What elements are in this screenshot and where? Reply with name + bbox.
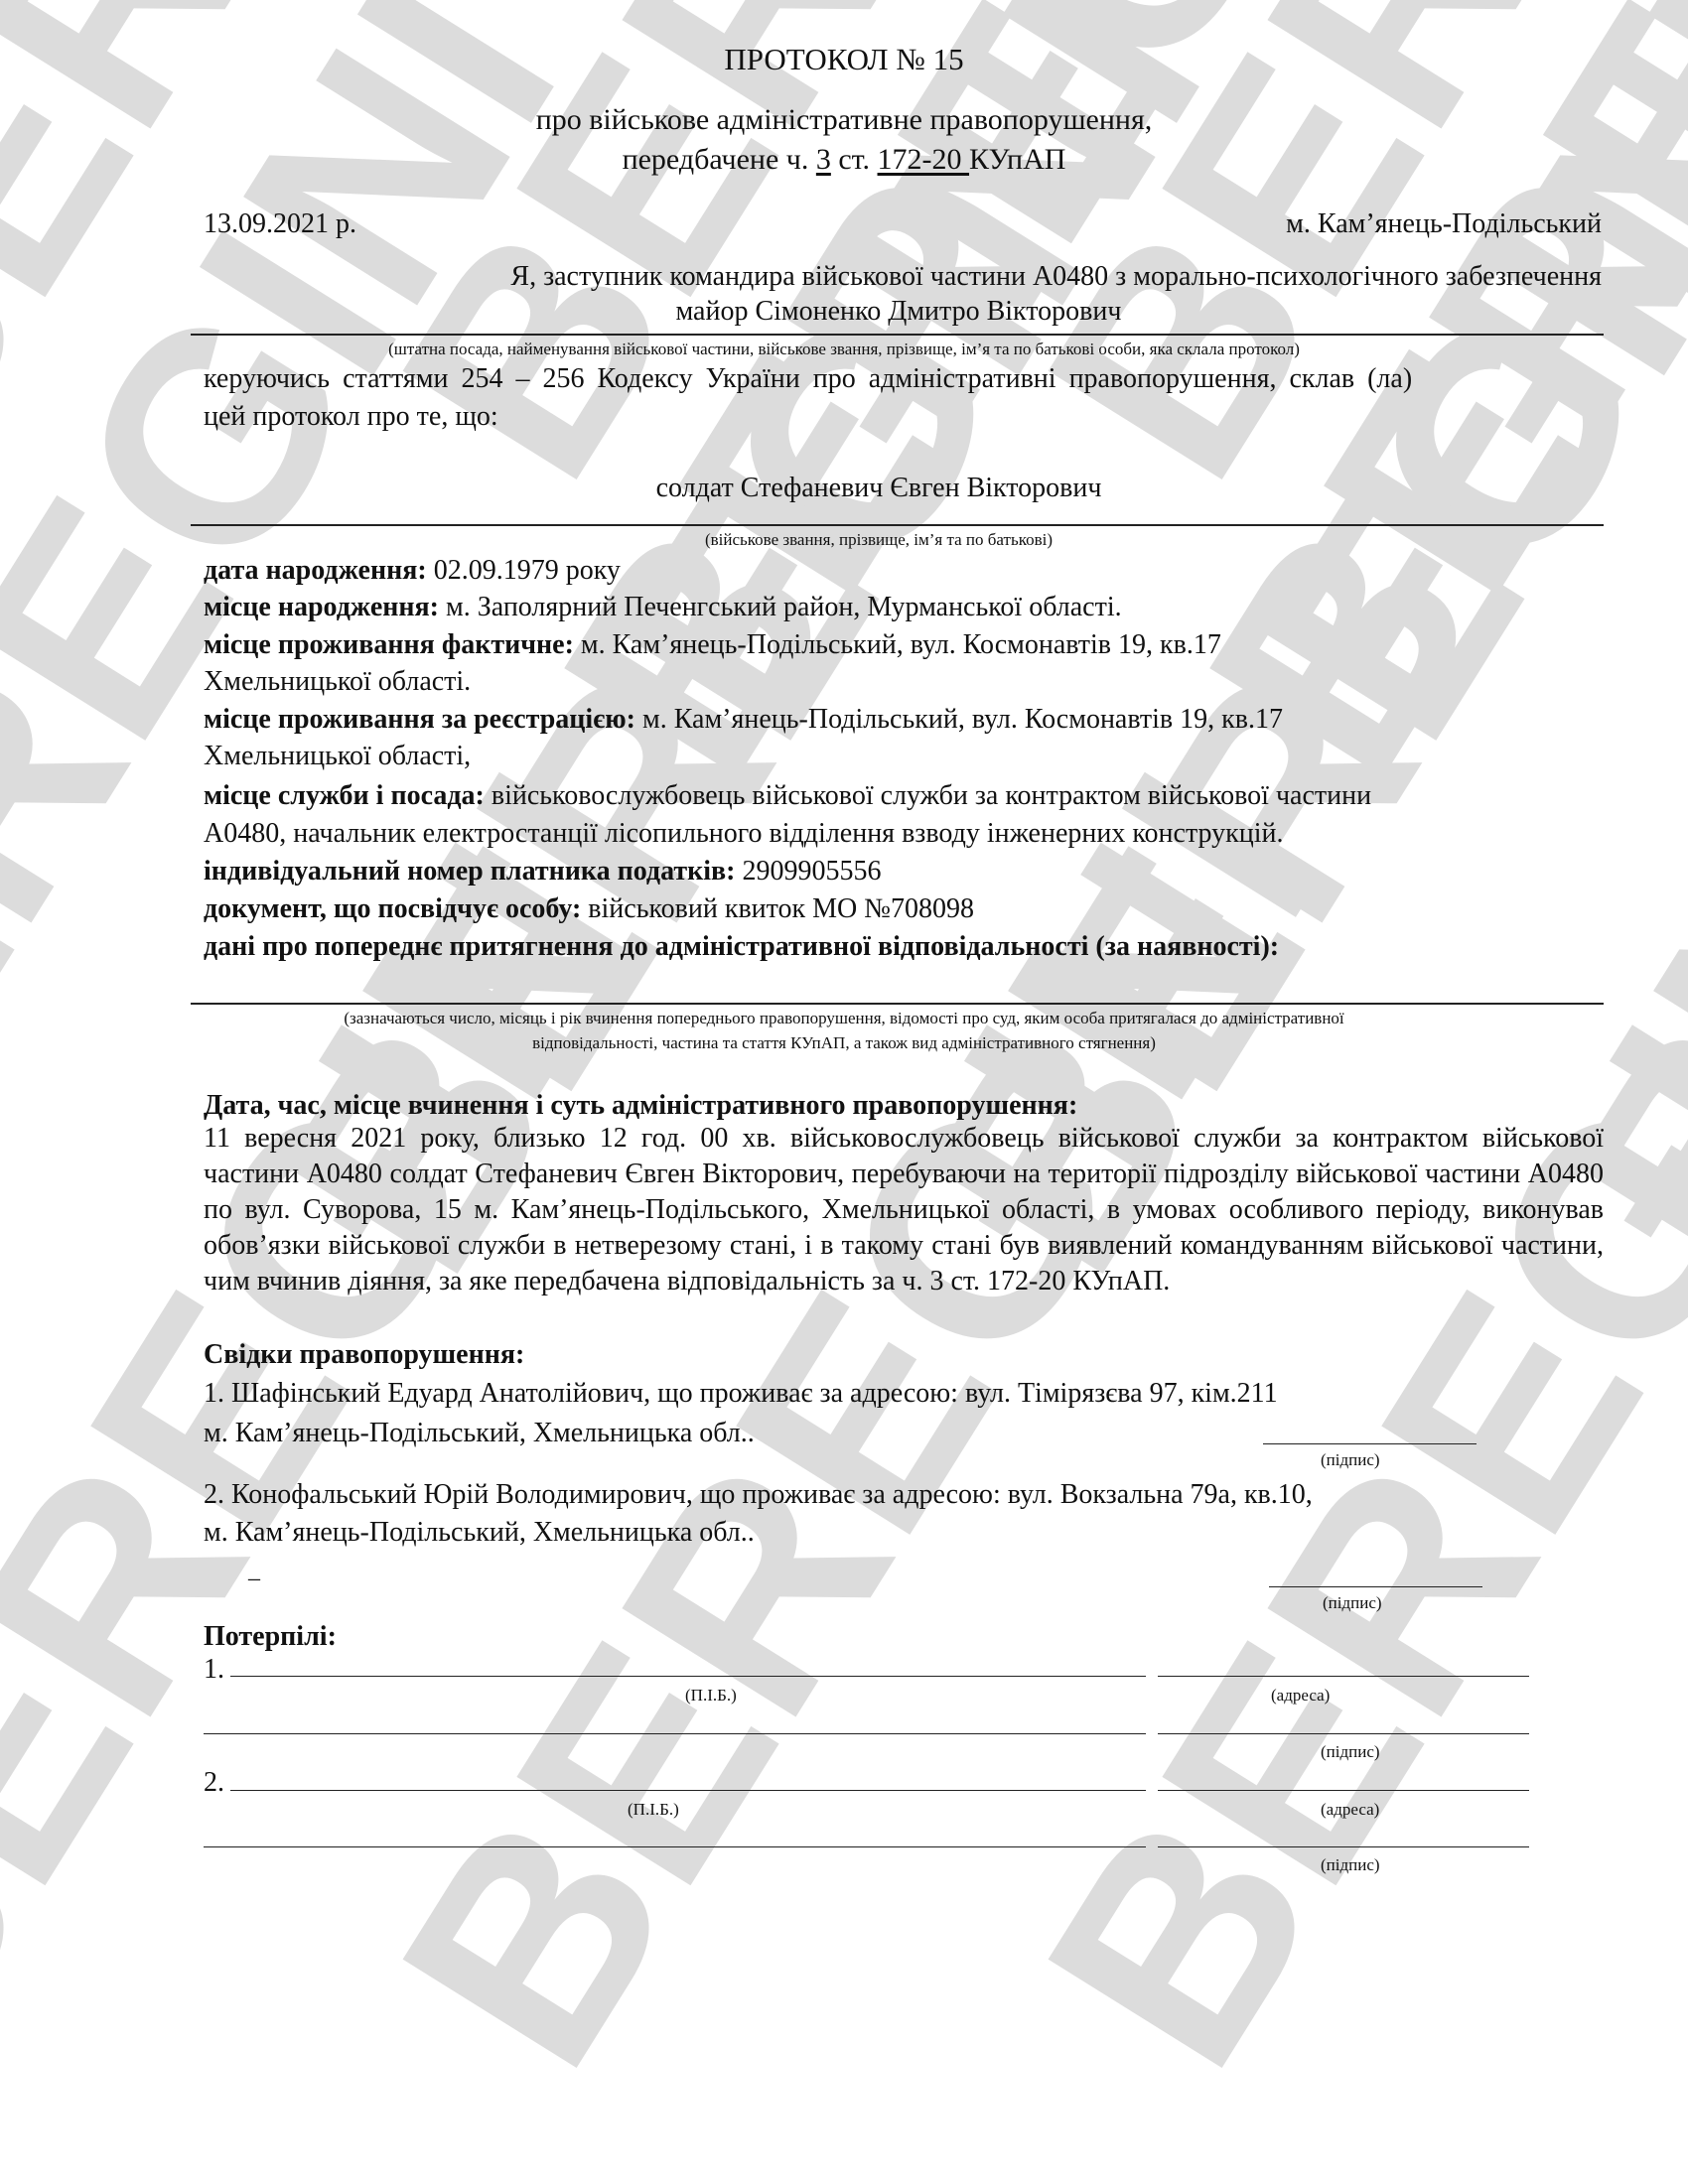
witness-2-signature-caption: (підпис) — [1323, 1594, 1382, 1611]
field-value: 2909905556 — [735, 856, 881, 887]
field-row: документ, що посвідчує особу: військовий… — [204, 895, 974, 923]
field-value: Хмельницької області, — [204, 741, 471, 771]
witness-1-line1: 1. Шафінський Едуард Анатолійович, що пр… — [204, 1380, 1278, 1408]
victim-1-address-line[interactable] — [1158, 1676, 1529, 1677]
victims-heading: Потерпілі: — [204, 1623, 337, 1651]
field-row: Хмельницької області. — [204, 668, 471, 696]
author-caption: (штатна посада, найменування військової … — [0, 341, 1688, 357]
witness-1-signature-line[interactable] — [1263, 1443, 1477, 1444]
field-row: А0480, начальник електростанції лісопиль… — [204, 820, 1284, 848]
protocol-date: 13.09.2021 р. — [204, 210, 356, 238]
victim-1-name-line[interactable] — [230, 1676, 1146, 1677]
field-value: Хмельницької області. — [204, 666, 471, 697]
field-value: військовослужбовець військової служби за… — [485, 780, 1371, 811]
offender-name: солдат Стефаневич Євген Вікторович — [0, 475, 1688, 502]
stray-dash: – — [248, 1567, 260, 1590]
victim-1-address-caption: (адреса) — [1271, 1687, 1330, 1704]
field-value: військовий квиток МО №708098 — [581, 893, 974, 924]
document-page: ПРОТОКОЛ № 15 про військове адміністрати… — [0, 0, 1688, 2184]
subtitle-prefix: передбачене ч. — [623, 143, 816, 176]
field-row: місце проживання за реєстрацією: м. Кам’… — [204, 706, 1283, 734]
victim-2-address-caption: (адреса) — [1321, 1801, 1379, 1818]
article-number: 172-20 — [878, 143, 970, 176]
field-row: місце служби і посада: військовослужбове… — [204, 782, 1371, 810]
field-label: індивідуальний номер платника податків: — [204, 856, 735, 887]
witnesses-heading: Свідки правопорушення: — [204, 1341, 524, 1369]
victim-2-name-line[interactable] — [230, 1790, 1146, 1791]
victim-2-address-line[interactable] — [1158, 1790, 1529, 1791]
prior-caption-line2: відповідальності, частина та стаття КУпА… — [0, 1034, 1688, 1051]
offense-heading: Дата, час, місце вчинення і суть адмініс… — [204, 1092, 1077, 1120]
victim-1-signature-caption: (підпис) — [1321, 1743, 1380, 1760]
document-title: ПРОТОКОЛ № 15 — [0, 44, 1688, 74]
article-part: 3 — [816, 143, 831, 176]
offender-caption: (військове звання, прізвище, ім’я та по … — [0, 531, 1688, 548]
document-subtitle-line1: про військове адміністративне правопоруш… — [0, 105, 1688, 135]
victim-2-signature-caption: (підпис) — [1321, 1856, 1380, 1873]
victim-2-number: 2. — [204, 1769, 224, 1797]
victim-2-name-caption: (П.І.Б.) — [628, 1801, 679, 1818]
field-row: дата народження: 02.09.1979 року — [204, 557, 621, 585]
field-label: місце народження: — [204, 592, 439, 622]
subtitle-suffix: КУпАП — [969, 143, 1065, 176]
victim-2-extra-line[interactable] — [204, 1846, 1146, 1847]
field-row: дані про попереднє притягнення до адміні… — [204, 933, 1279, 961]
field-label: місце служби і посада: — [204, 780, 485, 811]
field-value: м. Кам’янець-Подільський, вул. Космонавт… — [574, 629, 1221, 660]
field-value: А0480, начальник електростанції лісопиль… — [204, 818, 1284, 849]
author-line1: Я, заступник командира військової частин… — [510, 263, 1602, 291]
witness-2-line2: м. Кам’янець-Подільський, Хмельницька об… — [204, 1519, 755, 1547]
field-label: дані про попереднє притягнення до адміні… — [204, 931, 1279, 962]
witness-1-line2: м. Кам’янець-Подільський, Хмельницька об… — [204, 1420, 755, 1447]
prior-caption-line1: (зазначаються число, місяць і рік вчинен… — [0, 1010, 1688, 1026]
preamble-line2: цей протокол про те, що: — [204, 403, 498, 431]
protocol-city: м. Кам’янець-Подільський — [1286, 210, 1602, 238]
field-label: місце проживання за реєстрацією: — [204, 704, 635, 735]
document-subtitle-line2: передбачене ч. 3 ст. 172-20 КУпАП — [0, 145, 1688, 175]
victim-1-name-caption: (П.І.Б.) — [685, 1687, 737, 1704]
field-row: місце народження: м. Заполярний Печенгсь… — [204, 594, 1122, 621]
field-label: документ, що посвідчує особу: — [204, 893, 581, 924]
field-value: 02.09.1979 року — [427, 555, 621, 586]
witness-1-signature-caption: (підпис) — [1321, 1451, 1380, 1468]
author-underline — [191, 334, 1604, 336]
field-label: дата народження: — [204, 555, 427, 586]
preamble-line1: керуючись статтями 254 – 256 Кодексу Укр… — [204, 365, 1604, 393]
field-row: Хмельницької області, — [204, 743, 471, 770]
victim-2-signature-line[interactable] — [1158, 1846, 1529, 1847]
field-row: місце проживання фактичне: м. Кам’янець-… — [204, 631, 1221, 659]
field-label: місце проживання фактичне: — [204, 629, 574, 660]
offender-underline — [191, 524, 1604, 526]
prior-record-underline — [191, 1003, 1604, 1005]
subtitle-mid: ст. — [831, 143, 878, 176]
field-value: м. Кам’янець-Подільський, вул. Космонавт… — [635, 704, 1283, 735]
field-row: індивідуальний номер платника податків: … — [204, 858, 881, 886]
victim-1-signature-line[interactable] — [1158, 1733, 1529, 1734]
witness-2-signature-line[interactable] — [1269, 1586, 1482, 1587]
offense-description: 11 вересня 2021 року, близько 12 год. 00… — [204, 1121, 1604, 1299]
victim-1-number: 1. — [204, 1656, 224, 1684]
witness-2-line1: 2. Конофальський Юрій Володимирович, що … — [204, 1481, 1313, 1509]
victim-1-extra-line[interactable] — [204, 1733, 1146, 1734]
field-value: м. Заполярний Печенгський район, Мурманс… — [439, 592, 1122, 622]
author-line2: майор Сімоненко Дмитро Вікторович — [0, 298, 1688, 326]
